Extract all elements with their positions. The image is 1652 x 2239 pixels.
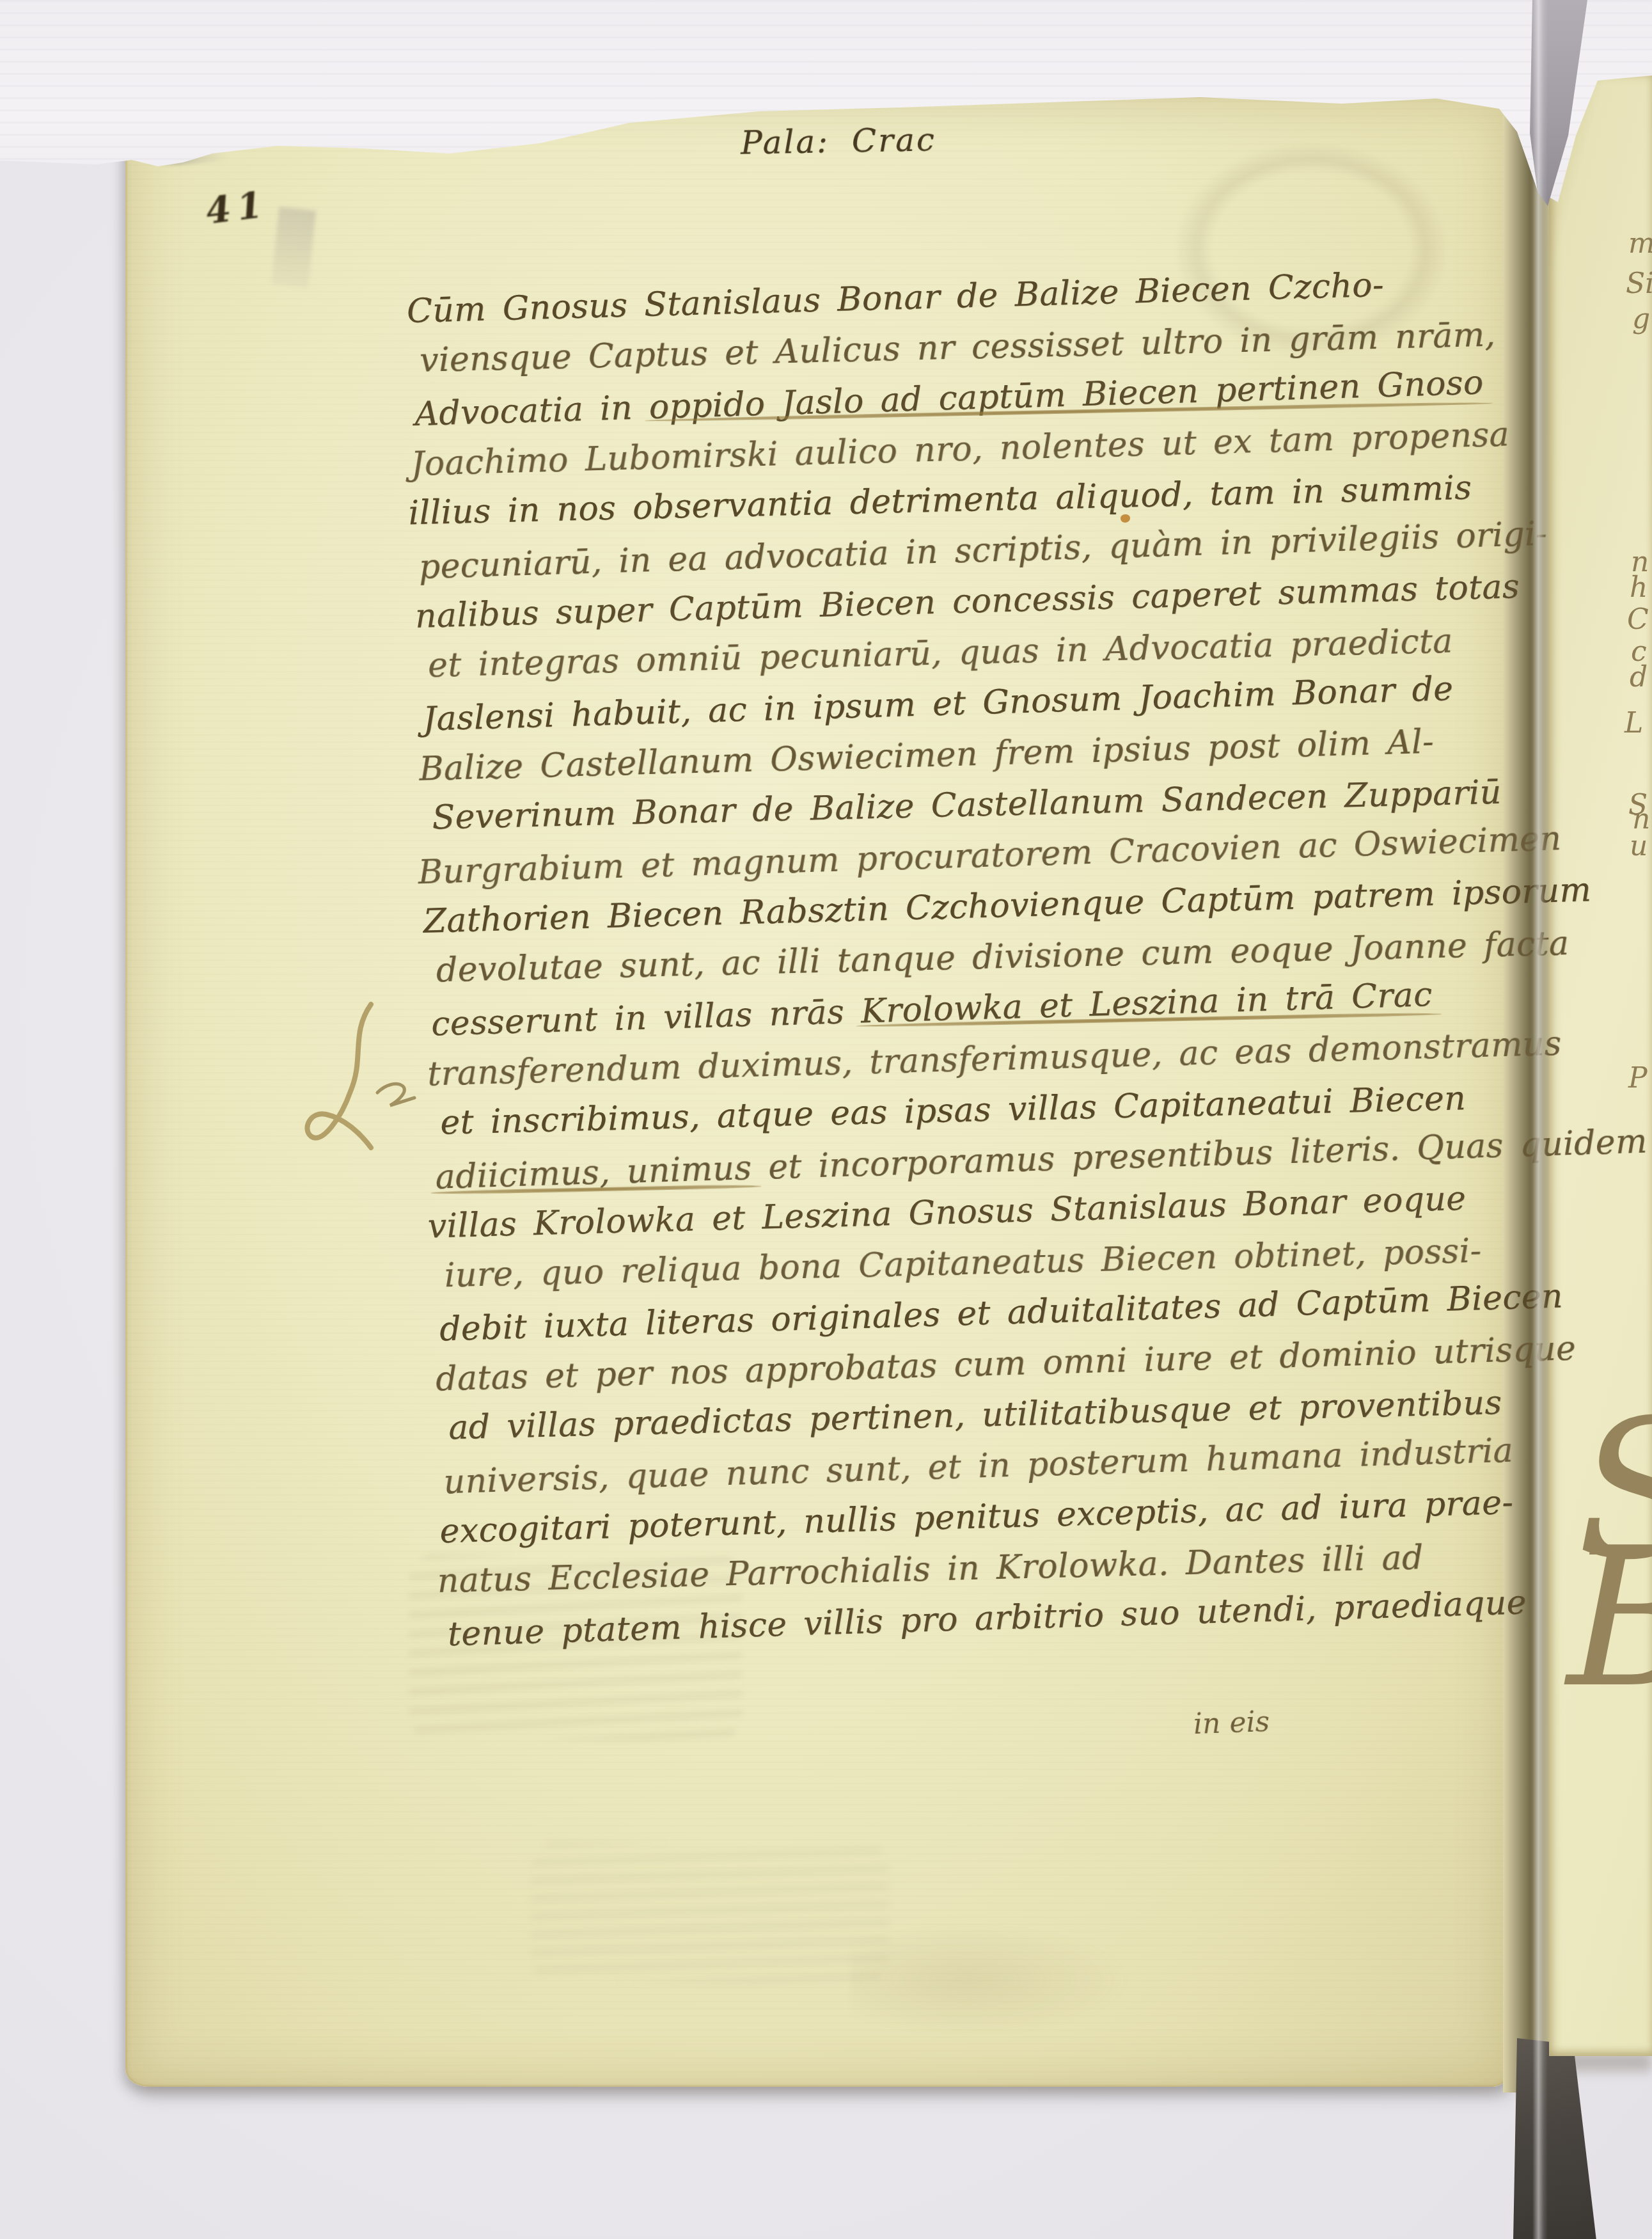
underlined-phrase: adiicimus, unimus xyxy=(435,1149,752,1197)
underlined-phrase: Krolowka et Leszina in trā Crac xyxy=(860,976,1433,1031)
facing-page-text-fragment: P xyxy=(1628,1062,1648,1095)
text-block: Cūm Gnosus Stanislaus Bonar de Balize Bi… xyxy=(406,260,1422,1659)
facing-page-flourish: B xyxy=(1567,1523,1652,1714)
folio-number: 41 xyxy=(203,183,271,232)
film-strip xyxy=(1532,0,1548,2239)
margin-flourish-mark xyxy=(289,997,423,1163)
text-segment: cesserunt in villas nrās xyxy=(430,992,861,1043)
running-head: Pala: Crac xyxy=(741,121,937,161)
facing-page-text-fragment: C xyxy=(1627,603,1649,636)
facing-page-text-fragment: h xyxy=(1630,571,1648,604)
facing-page-text-fragment: u xyxy=(1630,830,1648,862)
facing-page-text-fragment: L xyxy=(1624,707,1643,740)
facing-page-text-fragment: m xyxy=(1628,227,1652,260)
catchword: in eis xyxy=(1193,1705,1270,1741)
manuscript-scan: Pala: Crac 41 Cūm Gnosus Stanislaus Bona… xyxy=(0,0,1652,2239)
facing-page-text-fragment: Si xyxy=(1626,267,1652,300)
facing-page-text-fragment: d xyxy=(1630,661,1648,693)
facing-page-text: mSignhCcdLSnuPSB xyxy=(1549,75,1652,2056)
text-segment: Advocatia in xyxy=(414,388,650,434)
facing-page-text-fragment: g xyxy=(1632,303,1650,335)
